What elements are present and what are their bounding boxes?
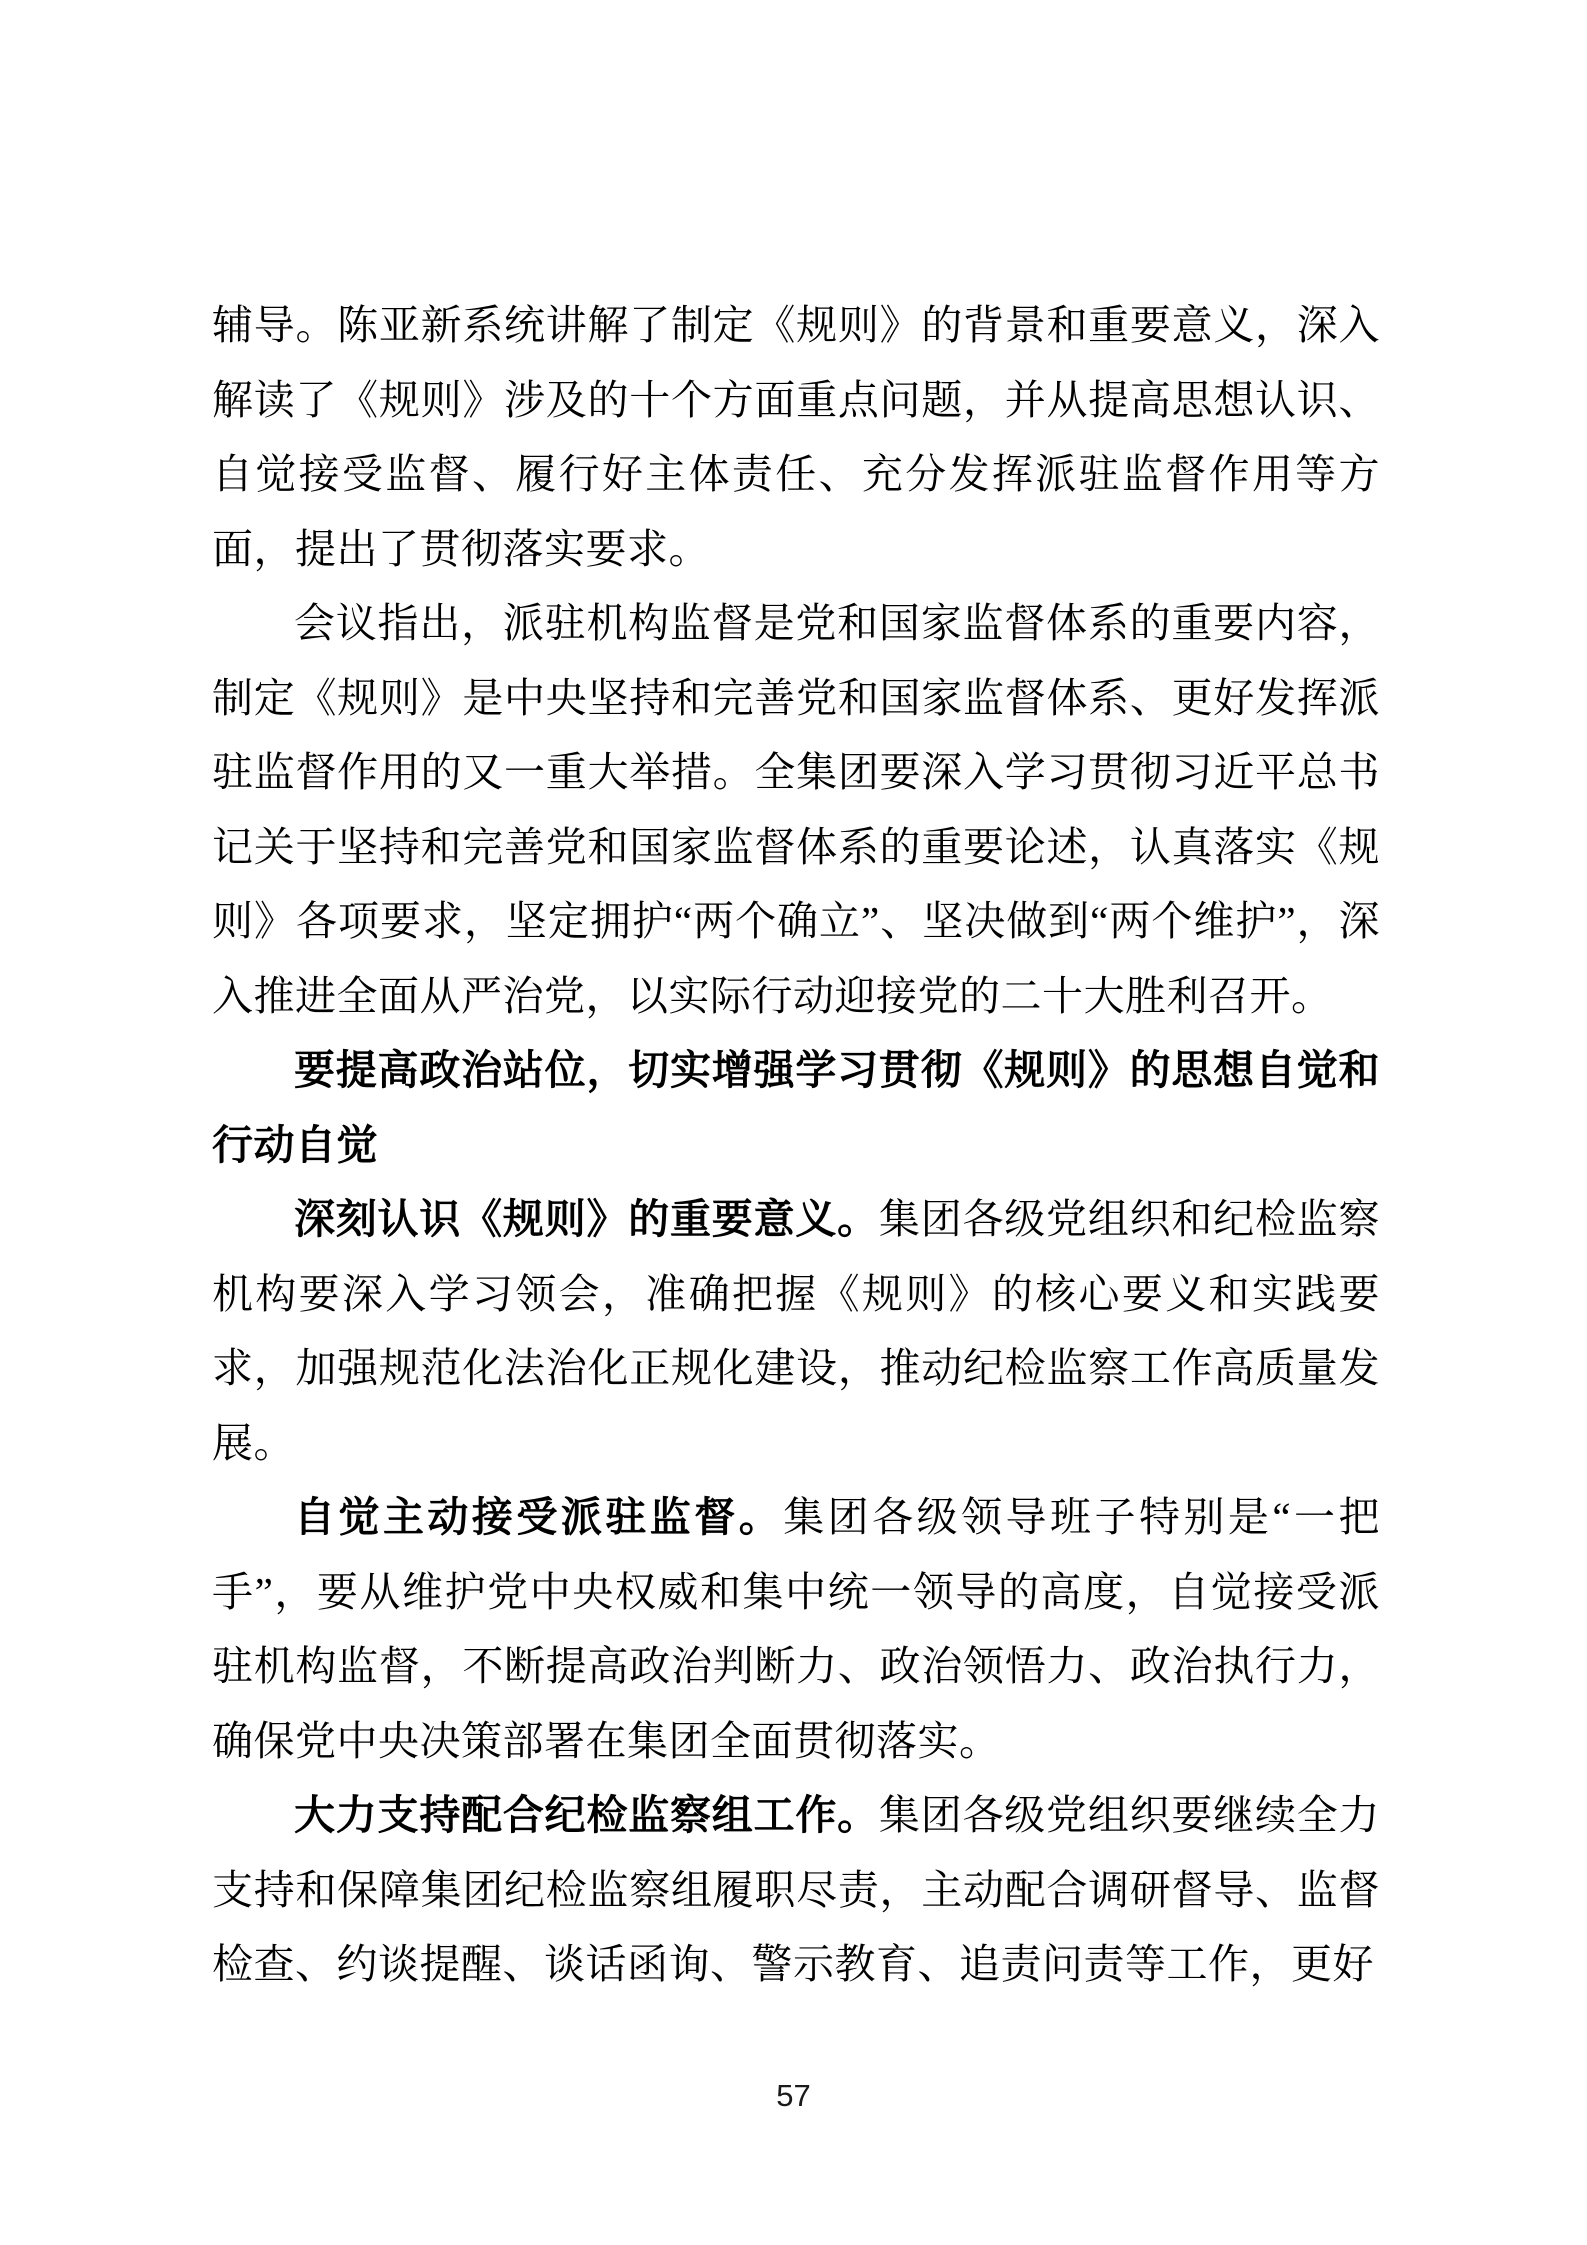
page-number: 57 — [776, 2078, 810, 2113]
paragraph-text: 会议指出，派驻机构监督是党和国家监督体系的重要内容，制定《规则》是中央坚持和完善… — [212, 600, 1380, 1019]
paragraph-lead: 深刻认识《规则》的重要意义。 — [294, 1196, 879, 1242]
paragraph-lead: 大力支持配合纪检监察组工作。 — [294, 1792, 879, 1838]
paragraph-heading: 要提高政治站位，切实增强学习贯彻《规则》的思想自觉和行动自觉 — [212, 1033, 1380, 1182]
page-footer: 57 — [0, 2078, 1587, 2114]
paragraph: 会议指出，派驻机构监督是党和国家监督体系的重要内容，制定《规则》是中央坚持和完善… — [212, 586, 1380, 1033]
document-page: 辅导。陈亚新系统讲解了制定《规则》的背景和重要意义，深入解读了《规则》涉及的十个… — [0, 0, 1587, 2245]
paragraph-heading-text: 要提高政治站位，切实增强学习贯彻《规则》的思想自觉和行动自觉 — [212, 1047, 1380, 1168]
paragraph: 深刻认识《规则》的重要意义。集团各级党组织和纪检监察机构要深入学习领会，准确把握… — [212, 1182, 1380, 1480]
paragraph-lead: 自觉主动接受派驻监督。 — [294, 1494, 783, 1540]
paragraph-text: 辅导。陈亚新系统讲解了制定《规则》的背景和重要意义，深入解读了《规则》涉及的十个… — [212, 302, 1380, 572]
paragraph: 大力支持配合纪检监察组工作。集团各级党组织要继续全力支持和保障集团纪检监察组履职… — [212, 1778, 1380, 2002]
paragraph: 自觉主动接受派驻监督。集团各级领导班子特别是“一把手”，要从维护党中央权威和集中… — [212, 1480, 1380, 1778]
document-text-block: 辅导。陈亚新系统讲解了制定《规则》的背景和重要意义，深入解读了《规则》涉及的十个… — [212, 288, 1380, 2002]
paragraph: 辅导。陈亚新系统讲解了制定《规则》的背景和重要意义，深入解读了《规则》涉及的十个… — [212, 288, 1380, 586]
